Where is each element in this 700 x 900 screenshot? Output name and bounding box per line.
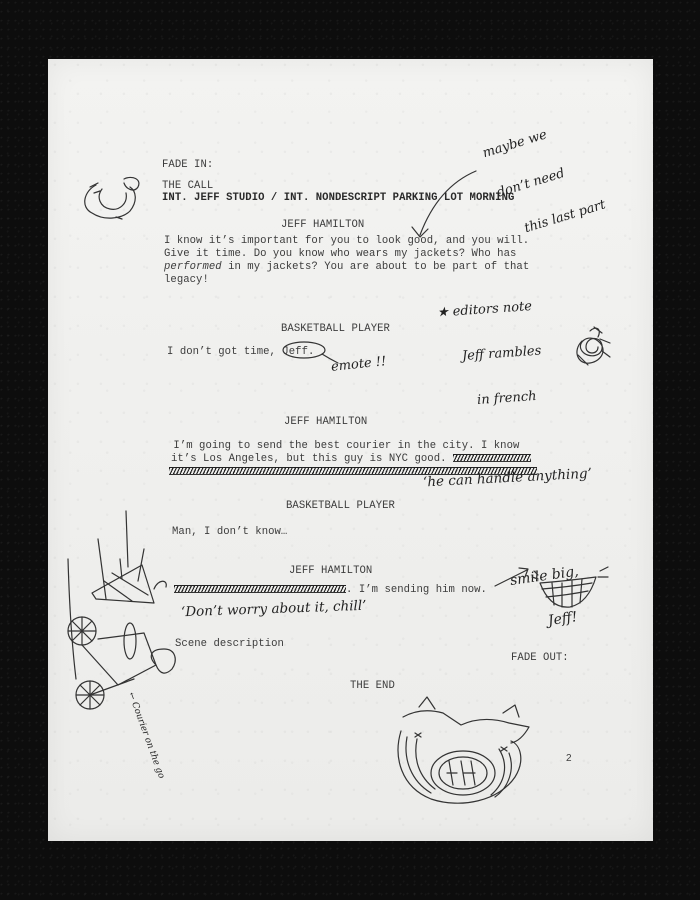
character-name: JEFF HAMILTON xyxy=(281,219,364,232)
character-name: BASKETBALL PLAYER xyxy=(286,500,395,513)
dialogue-text: . I’m sending him now. xyxy=(346,584,487,596)
page-number: 2 xyxy=(566,752,572,765)
scene-description: Scene description xyxy=(175,638,284,651)
dialogue-line: . I’m sending him now. xyxy=(174,584,487,597)
note-line: in french xyxy=(443,388,545,410)
struck-out-text xyxy=(174,585,346,593)
note-line: don’t need xyxy=(493,158,595,201)
character-name: JEFF HAMILTON xyxy=(289,565,372,578)
dialogue-text: I don’t got time, xyxy=(167,346,282,358)
dialogue-line: Man, I don’t know… xyxy=(172,526,287,539)
dialogue-line: I’m going to send the best courier in th… xyxy=(167,440,519,453)
note-line: ★ editors note xyxy=(436,299,538,321)
grin-sketch-icon xyxy=(530,567,610,615)
note-line: this last part xyxy=(506,198,608,241)
italic-word: performed xyxy=(164,261,222,273)
globe-jh-logo-sketch-icon xyxy=(391,697,541,807)
handwritten-editors-note: ★ editors note Jeff rambles in french xyxy=(434,269,547,441)
note-line: Jeff rambles xyxy=(440,343,542,365)
annotation-arrow-icon xyxy=(408,167,488,247)
the-end: THE END xyxy=(350,680,395,693)
character-name: JEFF HAMILTON xyxy=(284,416,367,429)
dialogue-text: it’s Los Angeles, but this guy is NYC go… xyxy=(171,453,453,465)
handwritten-chill-note: ‘Don’t worry about it, chill’ xyxy=(181,599,367,620)
dialogue-line: legacy! xyxy=(164,274,209,287)
dialogue-line: it’s Los Angeles, but this guy is NYC go… xyxy=(171,453,531,466)
struck-out-text xyxy=(453,454,531,462)
character-name: BASKETBALL PLAYER xyxy=(281,323,390,336)
script-page: FADE IN: THE CALL INT. JEFF STUDIO / INT… xyxy=(48,59,653,841)
dialogue-line: Give it time. Do you know who wears my j… xyxy=(164,248,516,261)
horseshoe-sketch-icon xyxy=(78,169,148,229)
scribble-ball-icon xyxy=(568,321,612,371)
falling-stroller-sketch-icon xyxy=(68,509,188,719)
smile-arrow-icon xyxy=(493,564,533,588)
note-line: maybe we xyxy=(481,118,583,161)
dialogue-text: in my jackets? You are about to be part … xyxy=(222,261,530,273)
transition-fade-in: FADE IN: xyxy=(162,159,213,172)
